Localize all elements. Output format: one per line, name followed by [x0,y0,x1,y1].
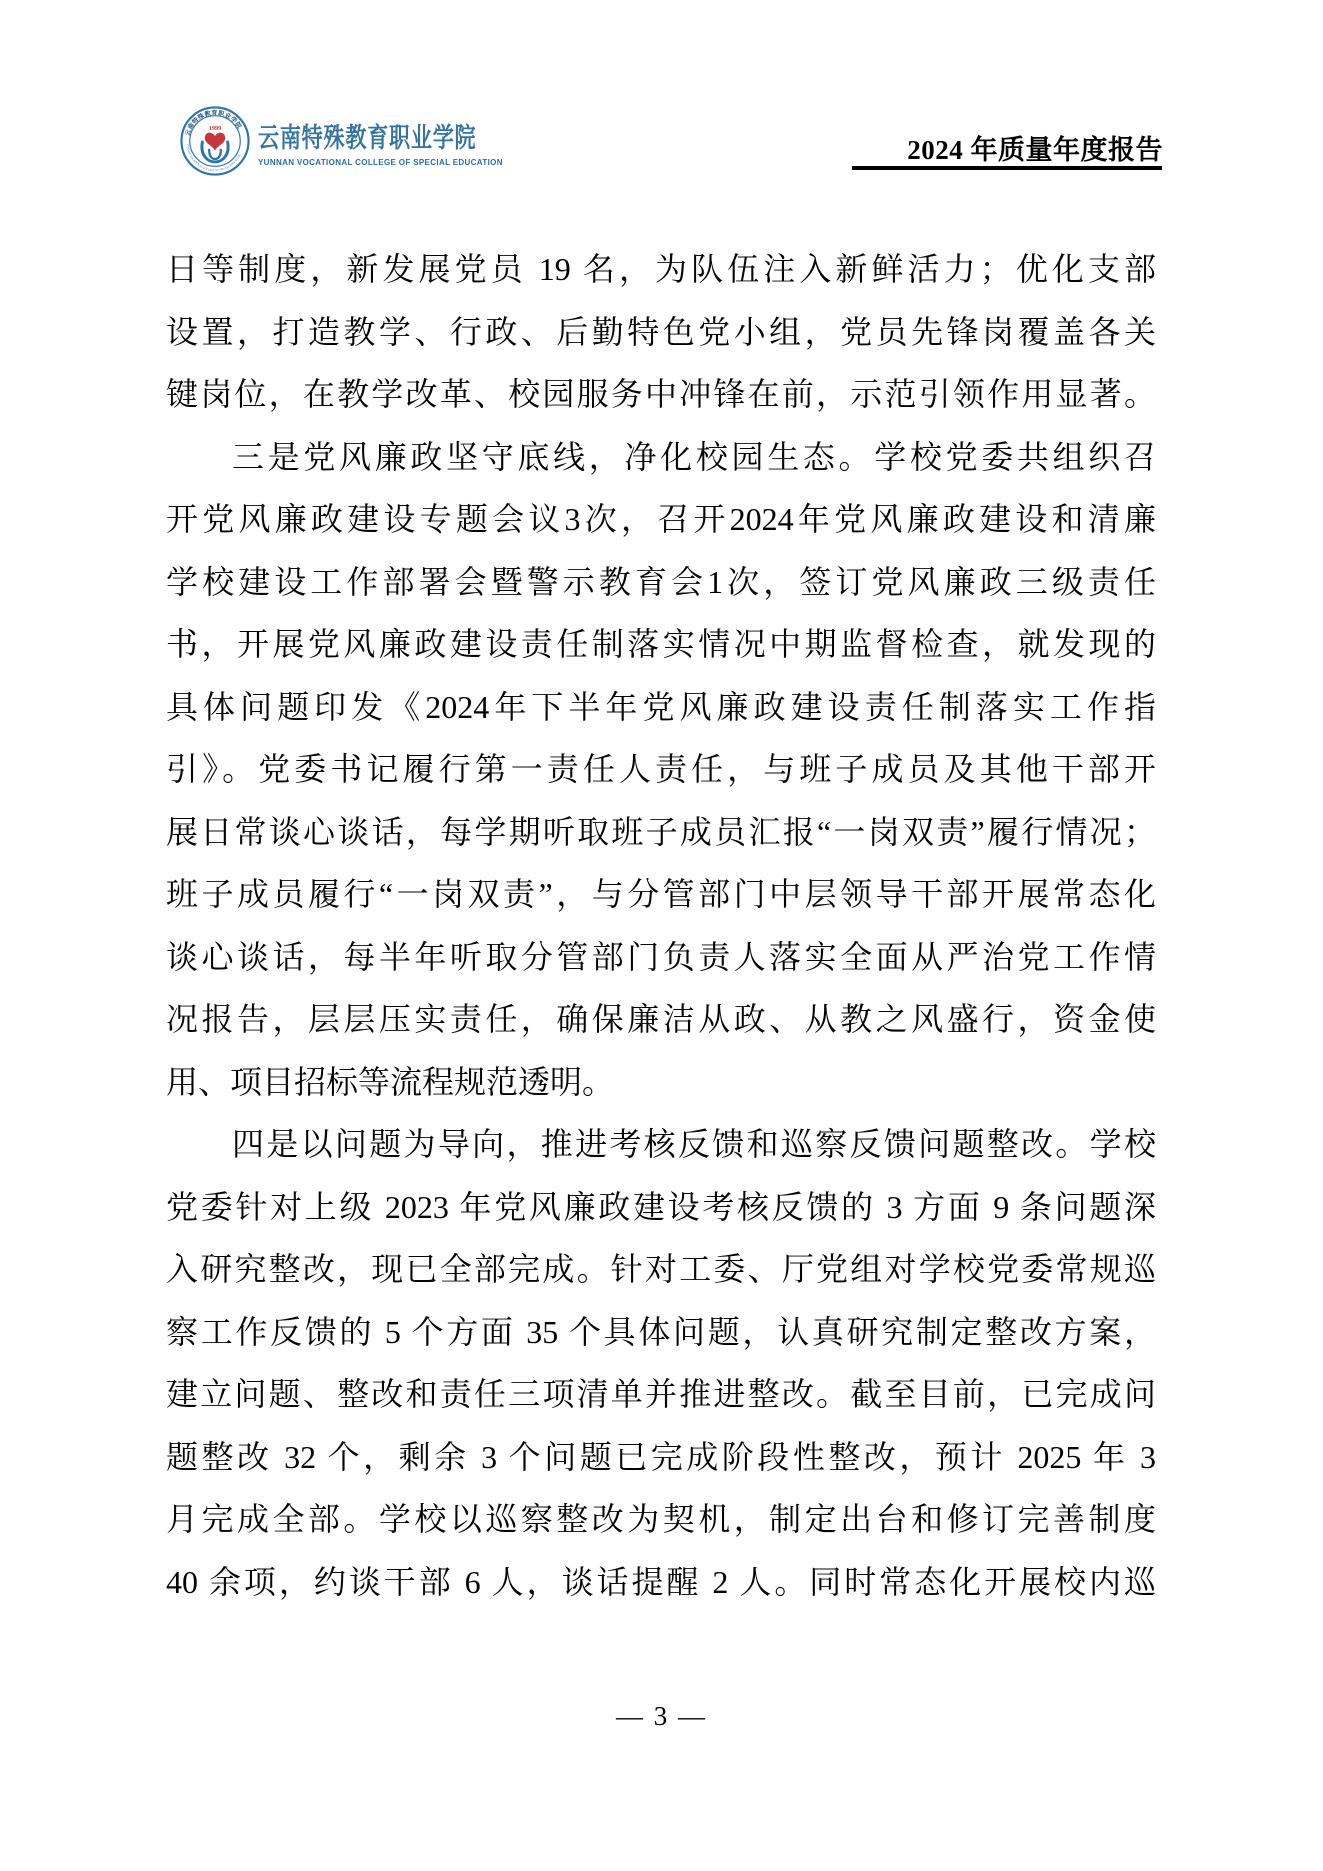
body-line: 设置，打造教学、行政、后勤特色党小组，党员先锋岗覆盖各关 [166,301,1156,364]
body-line: 日等制度，新发展党员 19 名，为队伍注入新鲜活力；优化支部 [166,238,1156,301]
body-line: 党委针对上级 2023 年党风廉政建设考核反馈的 3 方面 9 条问题深 [166,1176,1156,1239]
document-body: 日等制度，新发展党员 19 名，为队伍注入新鲜活力；优化支部 设置，打造教学、行… [166,238,1156,1613]
body-line: 键岗位，在教学改革、校园服务中冲锋在前，示范引领作用显著。 [166,363,1156,426]
college-name-en: YUNNAN VOCATIONAL COLLEGE OF SPECIAL EDU… [258,158,538,167]
body-line: 具体问题印发《2024年下半年党风廉政建设责任制落实工作指 [166,676,1156,739]
body-line: 建立问题、整改和责任三项清单并推进整改。截至目前，已完成问 [166,1363,1156,1426]
body-line: 察工作反馈的 5 个方面 35 个具体问题，认真研究制定整改方案， [166,1301,1156,1364]
body-line: 月完成全部。学校以巡察整改为契机，制定出台和修订完善制度 [166,1488,1156,1551]
body-line: 况报告，层层压实责任，确保廉洁从政、从教之风盛行，资金使 [166,988,1156,1051]
body-line: 开党风廉政建设专题会议3次，召开2024年党风廉政建设和清廉 [166,488,1156,551]
body-line-paragraph-start: 四是以问题为导向，推进考核反馈和巡察反馈问题整改。学校 [166,1113,1156,1176]
header-rule [852,166,1162,170]
logo-founding-year: 1999 [209,125,222,132]
body-line-paragraph-end: 用、项目招标等流程规范透明。 [166,1051,1156,1114]
college-logo-icon: 云南特殊教育职业学院 YUNNAN VOCATIONAL COLLEGE OF … [180,106,250,176]
college-name-cn: 云南特殊教育职业学院 [258,116,476,155]
body-line: 入研究整改，现已全部完成。针对工委、厅党组对学校党委常规巡 [166,1238,1156,1301]
body-line: 谈心谈话，每半年听取分管部门负责人落实全面从严治党工作情 [166,926,1156,989]
body-line: 引》。党委书记履行第一责任人责任，与班子成员及其他干部开 [166,738,1156,801]
report-title: 2024 年质量年度报告 [907,128,1163,167]
body-line: 展日常谈心谈话，每学期听取班子成员汇报“一岗双责”履行情况； [166,801,1156,864]
page-number: — 3 — [0,1701,1323,1732]
body-line: 学校建设工作部署会暨警示教育会1次，签订党风廉政三级责任 [166,551,1156,614]
body-line: 班子成员履行“一岗双责”，与分管部门中层领导干部开展常态化 [166,863,1156,926]
body-line: 题整改 32 个，剩余 3 个问题已完成阶段性整改，预计 2025 年 3 [166,1426,1156,1489]
college-name-block: 云南特殊教育职业学院 YUNNAN VOCATIONAL COLLEGE OF … [258,116,538,167]
body-line: 书，开展党风廉政建设责任制落实情况中期监督检查，就发现的 [166,613,1156,676]
page-header: 云南特殊教育职业学院 YUNNAN VOCATIONAL COLLEGE OF … [0,0,1323,200]
body-line-paragraph-start: 三是党风廉政坚守底线，净化校园生态。学校党委共组织召 [166,426,1156,489]
body-line: 40 余项，约谈干部 6 人，谈话提醒 2 人。同时常态化开展校内巡 [166,1551,1156,1614]
